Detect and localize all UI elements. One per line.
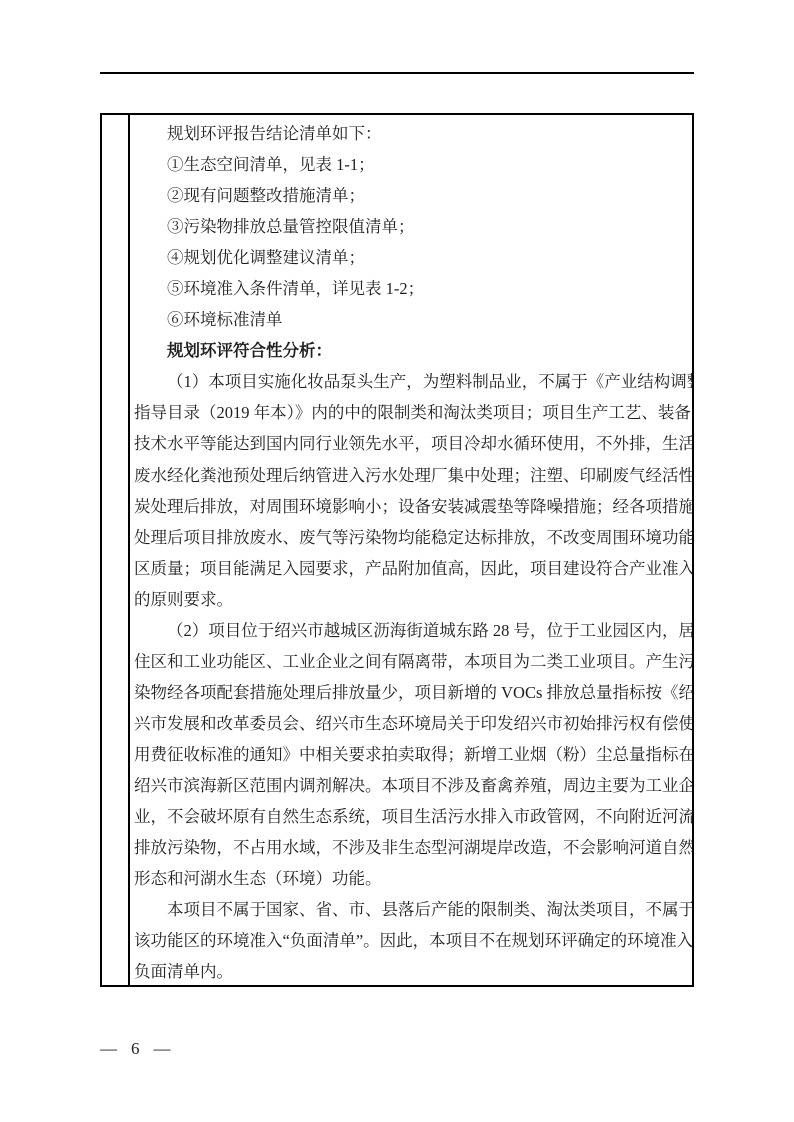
text-line: 兴市发展和改革委员会、绍兴市生态环境局关于印发绍兴市初始排污权有偿使 [134,708,687,739]
page-number: 6 [131,1038,140,1060]
text-line: 炭处理后排放，对周围环境影响小；设备安装减震垫等降噪措施；经各项措施 [134,491,687,522]
text-line: 的原则要求。 [134,584,687,615]
footer-left-dash: — [100,1038,117,1060]
text-line: 业，不会破坏原有自然生态系统，项目生活污水排入市政管网，不向附近河流 [134,801,687,832]
text-line: 排放污染物，不占用水域，不涉及非生态型河湖堤岸改造，不会影响河道自然 [134,832,687,863]
text-line: 用费征收标准的通知》中相关要求拍卖取得；新增工业烟（粉）尘总量指标在 [134,739,687,770]
text-line: 废水经化粪池预处理后纳管进入污水处理厂集中处理；注塑、印刷废气经活性 [134,460,687,491]
text-line: 绍兴市滨海新区范围内调剂解决。本项目不涉及畜禽养殖，周边主要为工业企 [134,770,687,801]
document-page: 规划环评报告结论清单如下：①生态空间清单，见表 1-1；②现有问题整改措施清单；… [0,0,794,1122]
text-line: （1）本项目实施化妆品泵头生产，为塑料制品业，不属于《产业结构调整 [134,366,687,397]
text-line: （2）项目位于绍兴市越城区沥海街道城东路 28 号，位于工业园区内，居 [134,615,687,646]
text-line: ③污染物排放总量管控限值清单； [134,211,687,242]
text-line: 处理后项目排放废水、废气等污染物均能稳定达标排放，不改变周围环境功能 [134,522,687,553]
text-line: 区质量；项目能满足入园要求，产品附加值高，因此，项目建设符合产业准入 [134,553,687,584]
table-left-cell [102,115,130,985]
text-line: ④规划优化调整建议清单； [134,242,687,273]
text-line: 规划环评符合性分析： [134,335,687,366]
text-line: 指导目录（2019 年本）》内的中的限制类和淘汰类项目；项目生产工艺、装备 [134,397,687,428]
text-line: ①生态空间清单，见表 1-1； [134,149,687,180]
text-line: ⑥环境标准清单 [134,304,687,335]
text-line: 规划环评报告结论清单如下： [134,118,687,149]
footer-right-dash: — [154,1038,171,1060]
table-content-cell: 规划环评报告结论清单如下：①生态空间清单，见表 1-1；②现有问题整改措施清单；… [130,115,692,985]
text-line: ⑤环境准入条件清单，详见表 1-2； [134,273,687,304]
text-line: 本项目不属于国家、省、市、县落后产能的限制类、淘汰类项目，不属于 [134,894,687,925]
text-line: 住区和工业功能区、工业企业之间有隔离带，本项目为二类工业项目。产生污 [134,646,687,677]
text-line: 该功能区的环境准入“负面清单”。因此，本项目不在规划环评确定的环境准入 [134,925,687,956]
text-line: 染物经各项配套措施处理后排放量少，项目新增的 VOCs 排放总量指标按《绍 [134,677,687,708]
header-rule [100,72,694,74]
text-line: 形态和河湖水生态（环境）功能。 [134,863,687,894]
text-line: 技术水平等能达到国内同行业领先水平，项目冷却水循环使用，不外排，生活 [134,428,687,459]
text-line: 负面清单内。 [134,956,687,985]
content-table: 规划环评报告结论清单如下：①生态空间清单，见表 1-1；②现有问题整改措施清单；… [100,113,694,987]
text-line: ②现有问题整改措施清单； [134,180,687,211]
page-footer: — 6 — [100,1038,171,1060]
